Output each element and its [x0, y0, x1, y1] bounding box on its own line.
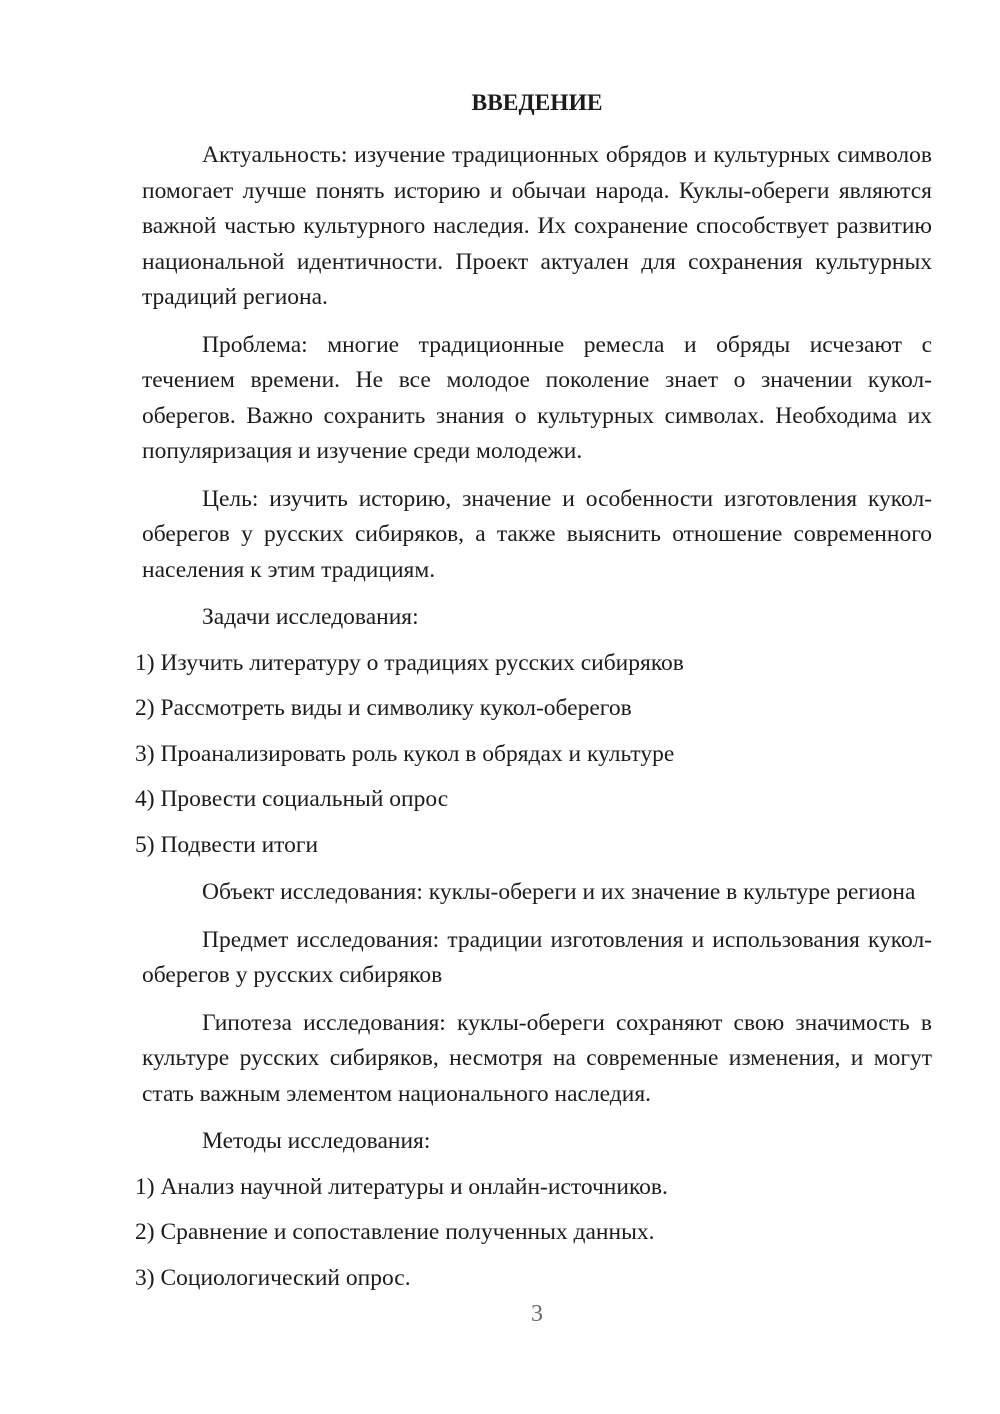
methods-heading: Методы исследования:: [142, 1124, 932, 1160]
method-item-3: 3) Социологический опрос.: [135, 1261, 932, 1297]
task-item-4: 4) Провести социальный опрос: [135, 782, 932, 818]
page-title: ВВЕДЕНИЕ: [142, 85, 932, 121]
tasks-heading: Задачи исследования:: [142, 600, 932, 636]
paragraph-hypothesis: Гипотеза исследования: куклы-обереги сох…: [142, 1006, 932, 1113]
paragraph-object: Объект исследования: куклы-обереги и их …: [142, 875, 932, 911]
page-number: 3: [142, 1298, 932, 1330]
methods-list: 1) Анализ научной литературы и онлайн-ис…: [142, 1170, 932, 1297]
text-column: ВВЕДЕНИЕ Актуальность: изучение традицио…: [142, 0, 932, 1330]
task-item-3: 3) Проанализировать роль кукол в обрядах…: [135, 737, 932, 773]
document-page: ВВЕДЕНИЕ Актуальность: изучение традицио…: [0, 0, 1000, 1414]
paragraph-subject: Предмет исследования: традиции изготовле…: [142, 923, 932, 994]
method-item-1: 1) Анализ научной литературы и онлайн-ис…: [135, 1170, 932, 1206]
paragraph-problem: Проблема: многие традиционные ремесла и …: [142, 328, 932, 470]
task-item-5: 5) Подвести итоги: [135, 828, 932, 864]
paragraph-goal: Цель: изучить историю, значение и особен…: [142, 482, 932, 589]
task-item-2: 2) Рассмотреть виды и символику кукол-об…: [135, 691, 932, 727]
tasks-list: 1) Изучить литературу о традициях русски…: [142, 646, 932, 864]
method-item-2: 2) Сравнение и сопоставление полученных …: [135, 1215, 932, 1251]
paragraph-relevance: Актуальность: изучение традиционных обря…: [142, 138, 932, 316]
task-item-1: 1) Изучить литературу о традициях русски…: [135, 646, 932, 682]
